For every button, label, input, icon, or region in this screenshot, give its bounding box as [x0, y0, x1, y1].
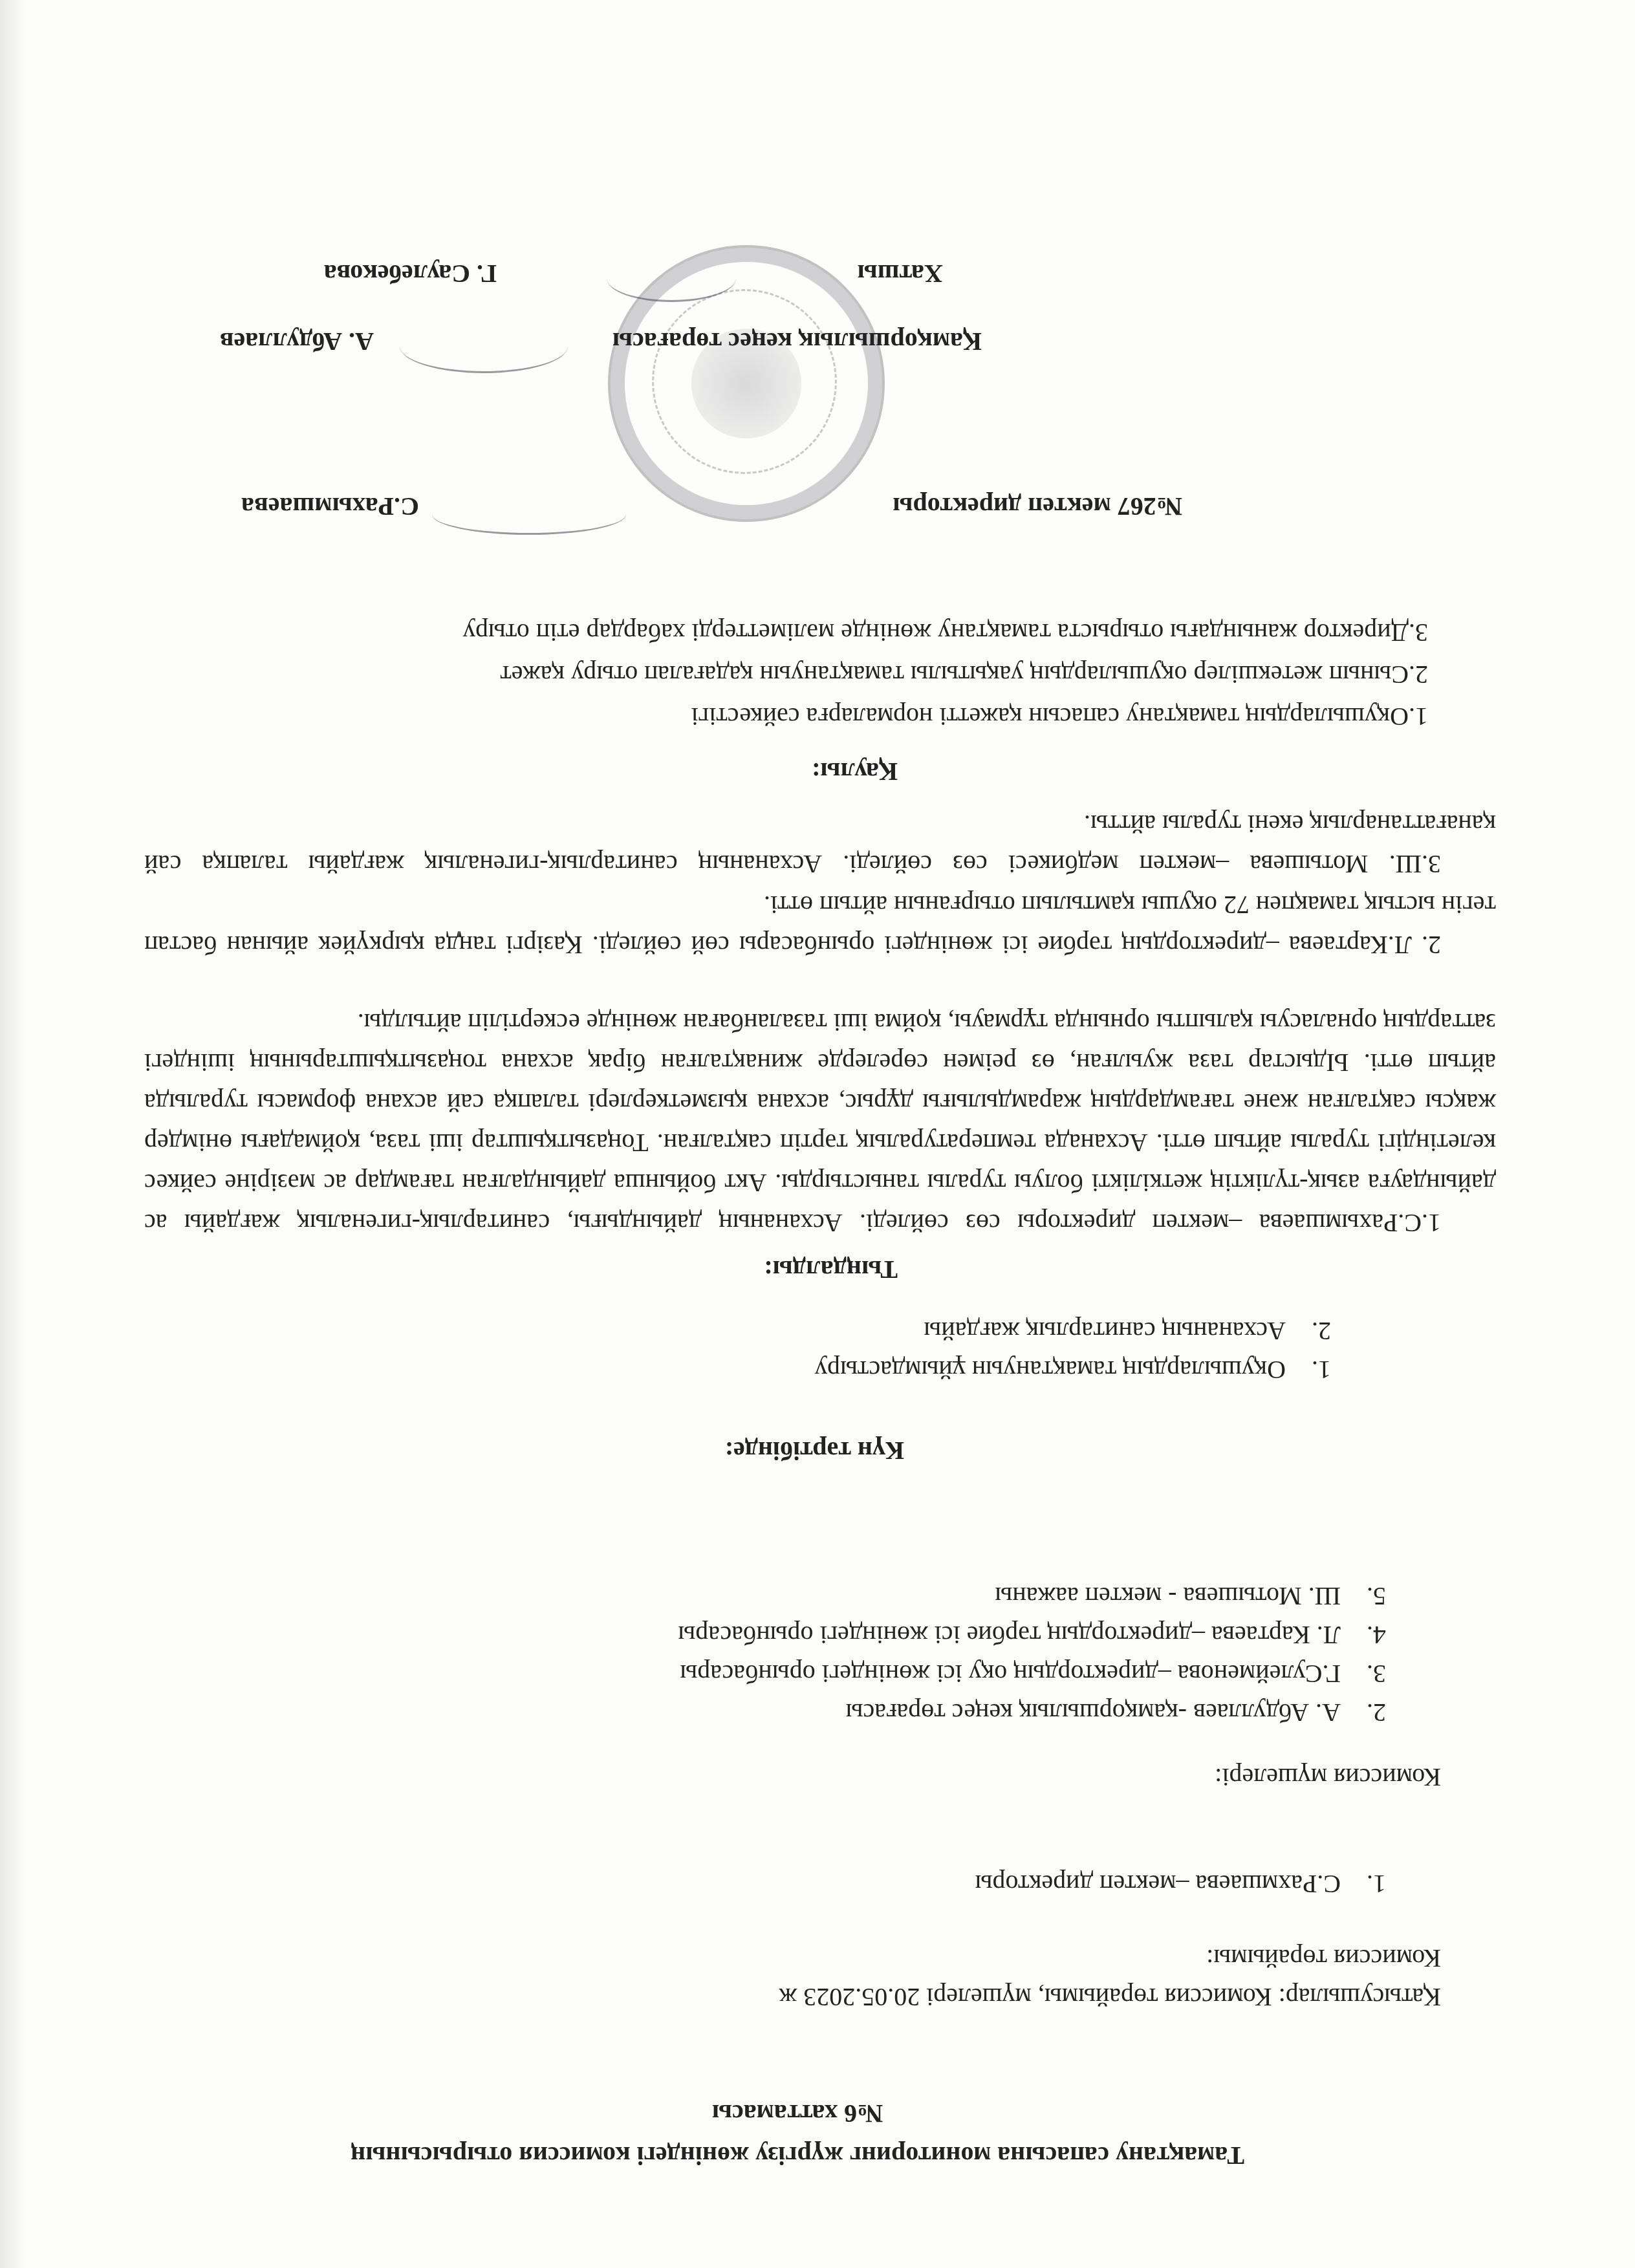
list-text: Асхананың санитарлық жағдайы	[924, 1317, 1286, 1346]
protocol-number: №6 хаттамасы	[215, 2099, 1380, 2129]
member-item: 5.Ш. Мотышева - мектеп аажаны	[995, 1581, 1386, 1612]
participants-line: Қатысушылар: Комиссия төрайымы, мүшелері…	[779, 1982, 1441, 2013]
list-number: 1.	[1286, 1355, 1331, 1385]
signature-name-council: А. Абдуллаев	[220, 327, 374, 357]
signature-mark-director	[432, 494, 626, 535]
heard-paragraph-2: 2. Л.Картаева –директордың тәрбие ісі жө…	[144, 885, 1496, 965]
list-text: Г.Сулейменова –директордың оқу ісі жөнін…	[680, 1659, 1341, 1689]
agenda-item: 2.Асхананың санитарлық жағдайы	[924, 1316, 1331, 1346]
decision-item: 3.Директор жанындағы отырыста тамақтану …	[462, 618, 1428, 648]
document-title: Тамақтану сапасына мониторинг жүргізу жө…	[215, 2141, 1380, 2171]
agenda-item: 1.Оқушылардың тамақтануын ұйымдастыру	[815, 1355, 1331, 1385]
signature-name-secretary: Г. Саулебекова	[324, 259, 497, 289]
list-number: 5.	[1341, 1581, 1386, 1612]
list-number: 2.	[1286, 1316, 1331, 1346]
signature-role-secretary: Хатшы	[858, 259, 944, 289]
scanned-page: Тамақтану сапасына мониторинг жүргізу жө…	[0, 0, 1635, 2268]
signature-role-council: Қамқоршылық кеңес төрағасы	[612, 327, 982, 357]
decision-heading: Қаулы:	[812, 757, 898, 787]
member-item: 2.А. Абдуллаев -қамқоршылық кеңес төраға…	[846, 1698, 1386, 1728]
decision-item: 1.Оқушылардың тамақтану сапасын қажетті …	[691, 702, 1428, 732]
signature-role-director: №267 мектеп директоры	[893, 491, 1182, 522]
list-text: Ш. Мотышева - мектеп аажаны	[995, 1582, 1341, 1611]
scan-edge-shadow	[0, 0, 26, 2268]
signature-mark-secretary	[607, 255, 736, 302]
signature-name-director: С.Рахымшаева	[241, 491, 419, 522]
list-number: 2.	[1341, 1698, 1386, 1728]
member-item: 4.Л. Картаева –директордың тәрбие ісі жө…	[678, 1620, 1386, 1650]
list-text: Л. Картаева –директордың тәрбие ісі жөні…	[678, 1621, 1341, 1650]
heard-paragraph-1: 1.С.Рахымшаева –мектеп директоры сөз сөй…	[144, 1002, 1496, 1243]
member-item: 3.Г.Сулейменова –директордың оқу ісі жөн…	[680, 1659, 1386, 1689]
agenda-heading: Күн тәртібінде:	[725, 1436, 904, 1466]
list-number: 1.	[1341, 1869, 1386, 1899]
list-text: Оқушылардың тамақтануын ұйымдастыру	[815, 1355, 1286, 1385]
chair-heading: Комиссия төрайымы:	[1206, 1943, 1441, 1974]
chair-item: 1.С.Рахмшаева –мектеп директоры	[975, 1869, 1386, 1899]
list-number: 3.	[1341, 1659, 1386, 1689]
signature-mark-council	[400, 319, 568, 373]
list-number: 4.	[1341, 1620, 1386, 1650]
list-text: С.Рахмшаева –мектеп директоры	[975, 1870, 1341, 1899]
list-text: А. Абдуллаев -қамқоршылық кеңес төрағасы	[846, 1698, 1341, 1727]
decision-item: 2.Сынып жетекшілер оқушылардың уақытылы …	[500, 660, 1428, 690]
heard-heading: Тыңдалды:	[764, 1255, 898, 1285]
members-heading: Комиссия мүшелері:	[1215, 1762, 1441, 1793]
heard-paragraph-3: 3.Ш. Мотышева –мектеп медбикесі сөз сөйл…	[144, 804, 1496, 884]
